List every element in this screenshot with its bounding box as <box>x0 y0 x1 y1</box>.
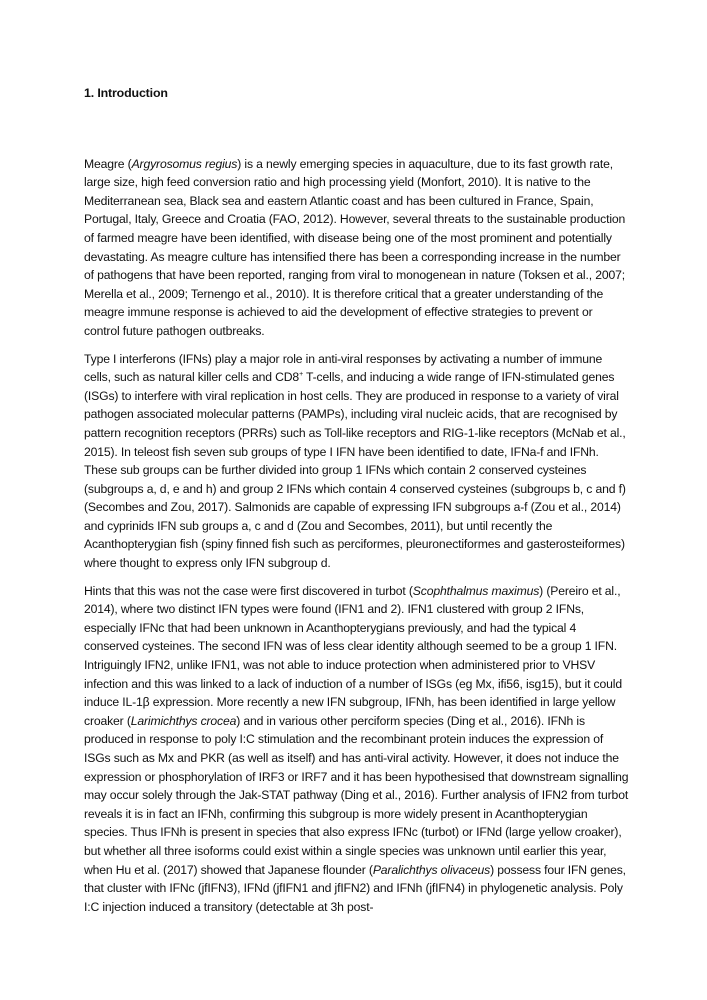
text-run: Meagre ( <box>84 157 132 171</box>
document-page: 1. Introduction Meagre (Argyrosomus regi… <box>84 84 629 916</box>
text-run: ) is a newly emerging species in aquacul… <box>84 157 625 338</box>
text-run: ) (Pereiro et al., 2014), where two dist… <box>84 584 622 728</box>
section-heading: 1. Introduction <box>84 84 629 103</box>
text-run: Hints that this was not the case were fi… <box>84 584 413 598</box>
text-run: ) and in various other perciform species… <box>84 714 628 877</box>
species-name-italic: Paralichthys olivaceus <box>373 863 490 877</box>
text-run: T-cells, and inducing a wide range of IF… <box>84 370 626 570</box>
paragraph-ifn-subgroups-turbot: Hints that this was not the case were fi… <box>84 582 629 917</box>
paragraph-meagre-aquaculture: Meagre (Argyrosomus regius) is a newly e… <box>84 155 629 341</box>
species-name-italic: Larimichthys crocea <box>131 714 237 728</box>
species-name-italic: Scophthalmus maximus <box>413 584 539 598</box>
paragraph-type-i-interferons: Type I interferons (IFNs) play a major r… <box>84 350 629 573</box>
species-name-italic: Argyrosomus regius <box>132 157 238 171</box>
